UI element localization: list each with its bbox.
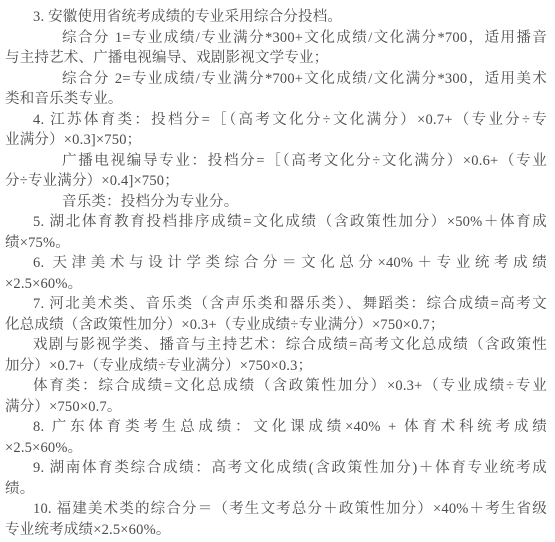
text-line: 加分）×0.7+（专业成绩÷专业满分）×750×0.3；: [5, 356, 547, 377]
text-line: 业满分）×0.3]×750；: [5, 130, 547, 151]
text-line: 化总成绩（含政策性加分）×0.3+（专业成绩÷专业满分）×750×0.7；: [5, 315, 547, 336]
document-text-body: 3. 安徽使用省统考成绩的专业采用综合分投档。综合分 1=专业成绩/专业满分*3…: [0, 0, 555, 540]
text-line: 戏剧与影视学类、播音与主持艺术：综合成绩=高考文化总成绩（含政策性: [5, 335, 547, 356]
text-line: 广播电视编导专业：投档分=［（高考文化分÷文化满分）×0.6+（专业: [5, 151, 547, 172]
text-line: 5. 湖北体育教育投档排序成绩=文化成绩（含政策性加分）×50%＋体育成: [5, 212, 547, 233]
text-line: 9. 湖南体育类综合成绩：高考文化成绩(含政策性加分)＋体育专业统考成: [5, 458, 547, 479]
text-line: 综合分 1=专业成绩/专业满分*300+文化成绩/文化满分*700，适用播音: [5, 28, 547, 49]
text-line: 类和音乐类专业。: [5, 89, 547, 110]
text-line: 音乐类：投档分为专业分。: [5, 192, 547, 213]
text-line: 6. 天津美术与设计学类综合分＝文化总分×40%＋专业统考成绩: [5, 253, 547, 274]
text-line: 3. 安徽使用省统考成绩的专业采用综合分投档。: [5, 7, 547, 28]
text-line: 7. 河北美术类、音乐类（含声乐类和器乐类）、舞蹈类：综合成绩=高考文: [5, 294, 547, 315]
text-line: 与主持艺术、广播电视编导、戏剧影视文学专业；: [5, 48, 547, 69]
text-line: 4. 江苏体育类：投档分=［（高考文化分÷文化满分）×0.7+（专业分÷专: [5, 110, 547, 131]
text-line: ×2.5×60%。: [5, 274, 547, 295]
text-line: 绩×75%。: [5, 233, 547, 254]
text-line: 绩。: [5, 479, 547, 500]
text-line: 综合分 2=专业成绩/专业满分*700+文化成绩/文化满分*300，适用美术: [5, 69, 547, 90]
text-line: ×2.5×60%。: [5, 438, 547, 459]
text-line: 专业统考成绩×2.5×60%。: [5, 520, 547, 541]
page: { "page": { "background_color": "#ffffff…: [0, 0, 555, 542]
text-line: 体育类：综合成绩=文化总成绩（含政策性加分）×0.3+（专业成绩÷专业: [5, 376, 547, 397]
text-line: 满分）×750×0.7。: [5, 397, 547, 418]
text-line: 10. 福建美术类的综合分＝（考生文考总分＋政策性加分）×40%＋考生省级: [5, 499, 547, 520]
text-line: 分÷专业满分）×0.4]×750；: [5, 171, 547, 192]
text-line: 8. 广东体育类考生总成绩：文化课成绩×40% + 体育术科统考成绩: [5, 417, 547, 438]
